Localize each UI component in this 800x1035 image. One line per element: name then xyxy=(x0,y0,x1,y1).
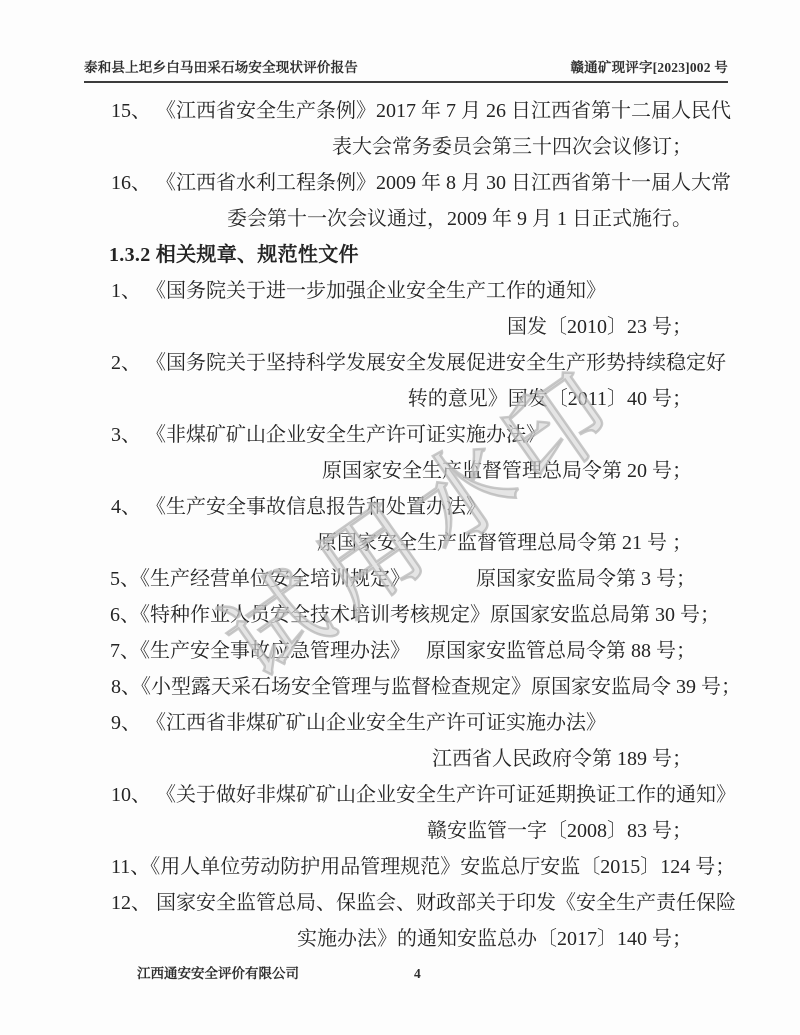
list-item-5-issuer: 原国家安监局令第 3 号； xyxy=(476,561,696,597)
list-item-16-line2: 委会第十一次会议通过，2009 年 9 月 1 日正式施行。 xyxy=(84,201,696,237)
page-header: 泰和县上圯乡白马田采石场安全现状评价报告 赣通矿现评字[2023]002 号 xyxy=(84,56,728,76)
document-body: 15、 《江西省安全生产条例》2017 年 7 月 26 日江西省第十二届人民代… xyxy=(84,93,696,957)
list-item-6-issuer: 原国家安监总局第 30 号； xyxy=(490,597,720,633)
section-heading: 1.3.2 相关规章、规范性文件 xyxy=(84,237,696,273)
list-item-10-line2: 赣安监管一字〔2008〕83 号； xyxy=(84,813,696,849)
list-item-1-line2: 国发〔2010〕23 号； xyxy=(84,309,696,345)
list-item-9-line1: 9、 《江西省非煤矿矿山企业安全生产许可证实施办法》 xyxy=(84,705,696,741)
list-item-4-line1: 4、 《生产安全事故信息报告和处置办法》 xyxy=(84,489,696,525)
list-item-8: 8、《小型露天采石场安全管理与监督检查规定》原国家安监局令 39 号； xyxy=(84,669,696,705)
header-document-number: 赣通矿现评字[2023]002 号 xyxy=(570,56,728,76)
footer-company-name: 江西通安安全评价有限公司 xyxy=(137,962,299,986)
list-item-5-title: 5、《生产经营单位安全培训规定》 xyxy=(110,561,410,597)
list-item-15-line2: 表大会常务委员会第三十四次会议修订； xyxy=(84,129,696,165)
list-item-3-line1: 3、 《非煤矿矿山企业安全生产许可证实施办法》 xyxy=(84,417,696,453)
header-report-title: 泰和县上圯乡白马田采石场安全现状评价报告 xyxy=(84,56,358,76)
page-footer: 江西通安安全评价有限公司 4 xyxy=(84,962,728,986)
footer-page-number: 4 xyxy=(414,962,421,986)
list-item-10-line1: 10、 《关于做好非煤矿矿山企业安全生产许可证延期换证工作的通知》 xyxy=(84,777,696,813)
list-item-11: 11、《用人单位劳动防护用品管理规范》安监总厅安监〔2015〕124 号； xyxy=(84,849,696,885)
list-item-3-line2: 原国家安全生产监督管理总局令第 20 号； xyxy=(84,453,696,489)
document-page: 泰和县上圯乡白马田采石场安全现状评价报告 赣通矿现评字[2023]002 号 试… xyxy=(0,0,800,1035)
list-item-5: 5、《生产经营单位安全培训规定》 原国家安监局令第 3 号； xyxy=(84,561,696,597)
list-item-6-title: 6、《特种作业人员安全技术培训考核规定》 xyxy=(110,597,490,633)
list-item-7-title: 7、《生产安全事故应急管理办法》 xyxy=(110,633,410,669)
header-divider xyxy=(84,81,728,83)
list-item-7: 7、《生产安全事故应急管理办法》 原国家安监管总局令第 88 号； xyxy=(84,633,696,669)
list-item-7-issuer: 原国家安监管总局令第 88 号； xyxy=(426,633,696,669)
list-item-12-line1: 12、 国家安全监管总局、保监会、财政部关于印发《安全生产责任保险 xyxy=(84,885,696,921)
list-item-6: 6、《特种作业人员安全技术培训考核规定》 原国家安监总局第 30 号； xyxy=(84,597,696,633)
list-item-4-line2: 原国家安全生产监督管理总局令第 21 号 ； xyxy=(84,525,696,561)
list-item-15-line1: 15、 《江西省安全生产条例》2017 年 7 月 26 日江西省第十二届人民代 xyxy=(84,93,696,129)
list-item-16-line1: 16、 《江西省水利工程条例》2009 年 8 月 30 日江西省第十一届人大常 xyxy=(84,165,696,201)
list-item-2-line2: 转的意见》国发〔2011〕40 号； xyxy=(84,381,696,417)
list-item-9-line2: 江西省人民政府令第 189 号； xyxy=(84,741,696,777)
list-item-12-line2: 实施办法》的通知安监总办〔2017〕140 号； xyxy=(84,921,696,957)
list-item-2-line1: 2、 《国务院关于坚持科学发展安全发展促进安全生产形势持续稳定好 xyxy=(84,345,696,381)
list-item-1-line1: 1、 《国务院关于进一步加强企业安全生产工作的通知》 xyxy=(84,273,696,309)
